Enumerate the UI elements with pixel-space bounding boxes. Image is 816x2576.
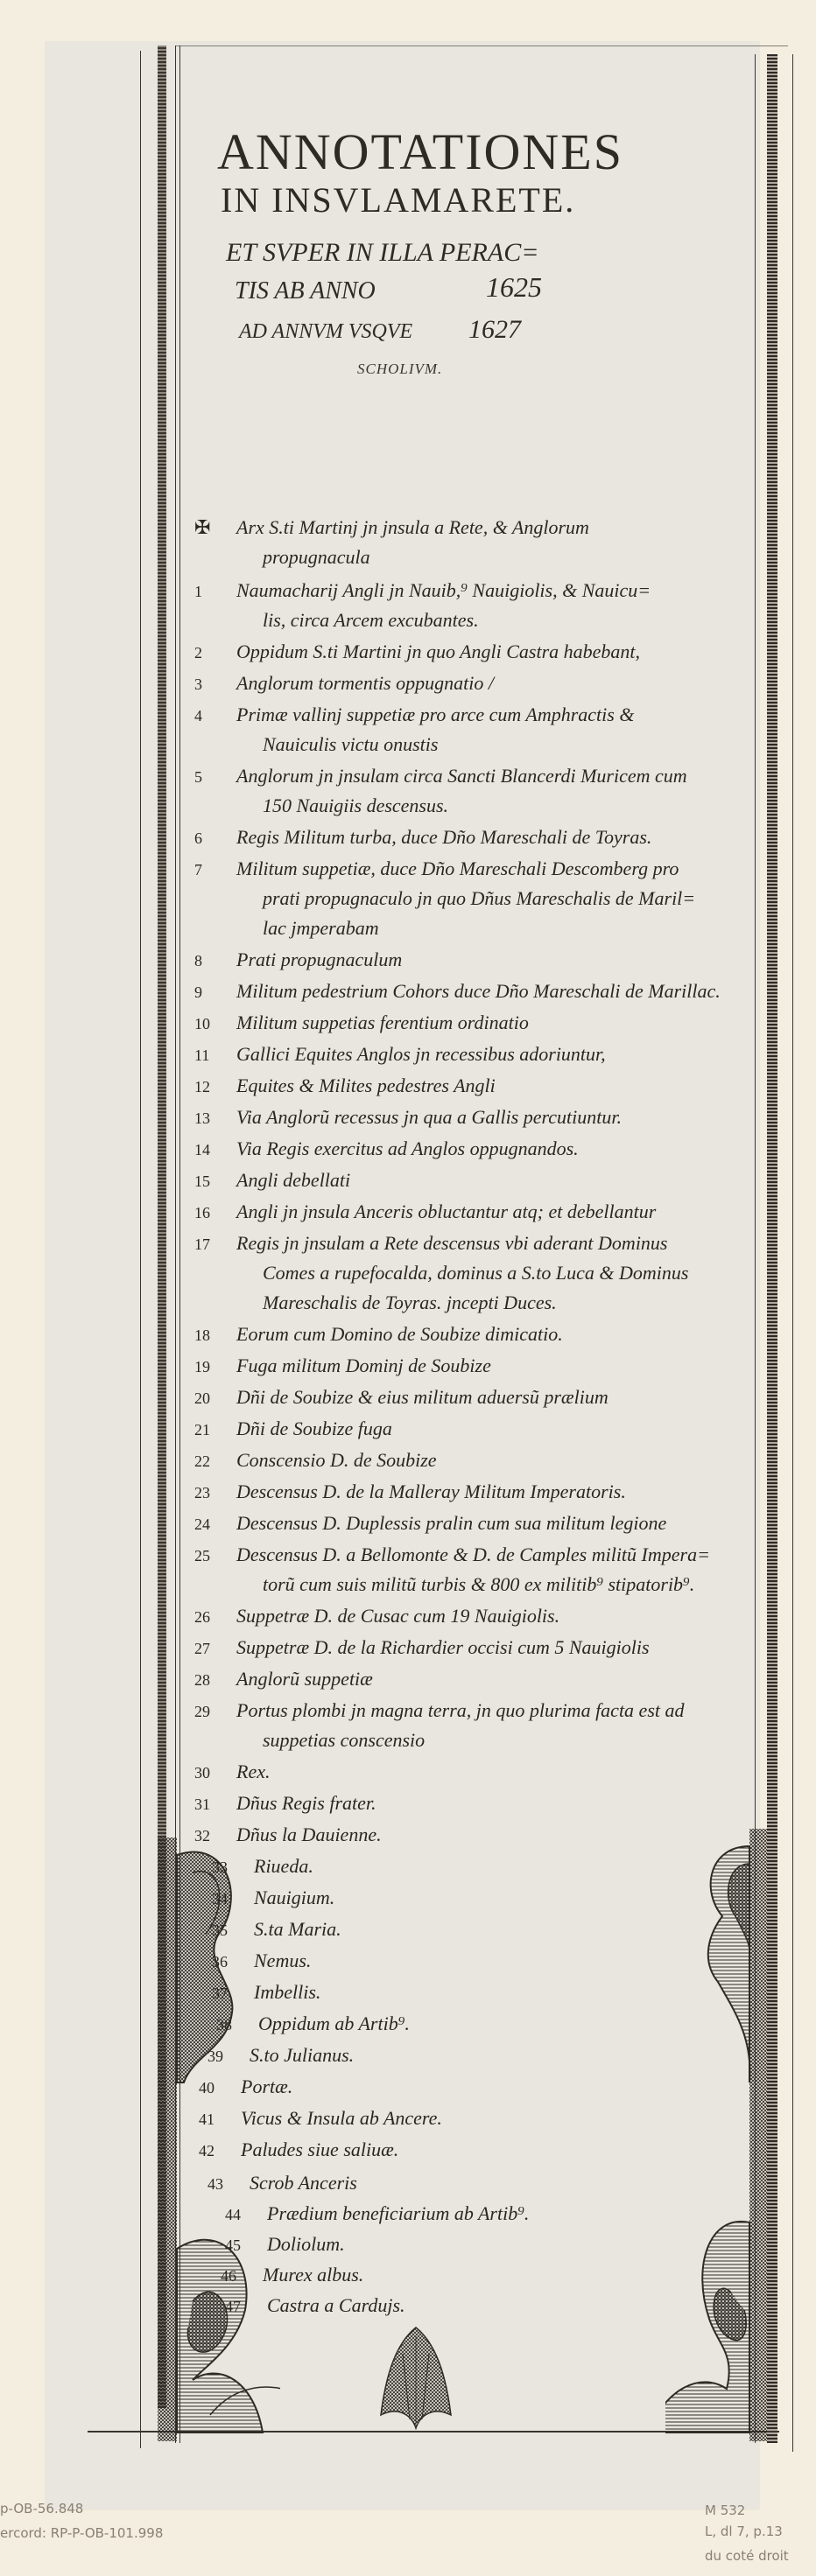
- entry-number: 13: [194, 1109, 210, 1128]
- cartouche-scroll-right-icon: [665, 1829, 779, 2441]
- entry-number: 7: [194, 861, 202, 879]
- pencil-note-right-2: L, dl 7, p.13: [705, 2523, 783, 2539]
- entry-number: 10: [194, 1015, 210, 1033]
- entry-number: 2: [194, 644, 202, 662]
- year-start: 1625: [486, 271, 542, 304]
- entry-text-continuation: lac jmperabam: [263, 917, 379, 940]
- entry-text: Regis Militum turba, duce Dño Mareschali…: [236, 826, 651, 849]
- entry-text: Descensus D. a Bellomonte & D. de Cample…: [236, 1543, 710, 1566]
- title-line-5: AD ANNVM VSQVE: [239, 320, 412, 344]
- entry-number: 3: [194, 675, 202, 694]
- entry-text: Rex.: [236, 1760, 270, 1783]
- entry-text: Primæ vallinj suppetiæ pro arce cum Amph…: [236, 703, 634, 726]
- frame-line-top: [175, 45, 788, 46]
- pencil-note-right-3: du coté droit: [705, 2548, 789, 2564]
- entry-text-continuation: 150 Nauigiis descensus.: [263, 794, 448, 817]
- entry-text: Arx S.ti Martinj jn jnsula a Rete, & Ang…: [236, 516, 589, 539]
- entry-number: 29: [194, 1703, 210, 1721]
- entry-text-continuation: Nauiculis victu onustis: [263, 733, 438, 756]
- entry-number: 12: [194, 1078, 210, 1096]
- entry-text: Suppetræ D. de la Richardier occisi cum …: [236, 1636, 650, 1659]
- entry-number: 21: [194, 1421, 210, 1439]
- entry-number: 20: [194, 1389, 210, 1408]
- entry-number: 26: [194, 1608, 210, 1627]
- entry-number: 25: [194, 1547, 210, 1565]
- entry-text: Prædium beneficiarium ab Artib⁹.: [267, 2202, 529, 2225]
- entry-number: 16: [194, 1204, 210, 1222]
- entry-text: Anglorum tormentis oppugnatio /: [236, 672, 494, 695]
- entry-number: 23: [194, 1484, 210, 1502]
- entry-text: Suppetræ D. de Cusac cum 19 Nauigiolis.: [236, 1605, 559, 1627]
- entry-number: 30: [194, 1764, 210, 1782]
- entry-text-continuation: prati propugnaculo jn quo Dñus Mareschal…: [263, 887, 695, 910]
- entry-text-continuation: torũ cum suis militũ turbis & 800 ex mil…: [263, 1573, 694, 1596]
- entry-text: Anglorũ suppetiæ: [236, 1668, 373, 1690]
- plate-edge-right: [792, 54, 793, 2452]
- entry-text: Portus plombi jn magna terra, jn quo plu…: [236, 1699, 685, 1722]
- entry-text: Descensus D. de la Malleray Militum Impe…: [236, 1480, 626, 1503]
- entry-number: 14: [194, 1141, 210, 1159]
- entry-number: 28: [194, 1671, 210, 1690]
- entry-text: Militum suppetiæ, duce Dño Mareschali De…: [236, 857, 679, 880]
- entry-text: Regis jn jnsulam a Rete descensus vbi ad…: [236, 1232, 668, 1255]
- entry-number: 9: [194, 983, 202, 1002]
- entry-number: 4: [194, 707, 202, 725]
- entry-text: Naumacharij Angli jn Nauib,⁹ Nauigiolis,…: [236, 579, 651, 602]
- year-end: 1627: [468, 315, 521, 345]
- pencil-note-left-1: p-OB-56.848: [0, 2501, 83, 2516]
- shell-ornament-icon: [376, 2319, 455, 2432]
- subtitle-scholium: SCHOLIVM.: [357, 360, 442, 378]
- entry-number: 18: [194, 1326, 210, 1345]
- title-line-4: TIS AB ANNO: [235, 277, 376, 305]
- entry-text: Militum pedestrium Cohors duce Dño Mares…: [236, 980, 721, 1003]
- entry-text-continuation: propugnacula: [263, 546, 370, 569]
- entry-number: 15: [194, 1172, 210, 1191]
- entry-text: Fuga militum Dominj de Soubize: [236, 1354, 491, 1377]
- entry-text: Militum suppetias ferentium ordinatio: [236, 1011, 529, 1034]
- entry-number: 5: [194, 768, 202, 787]
- entry-text: Dñus Regis frater.: [236, 1792, 376, 1815]
- entry-text: Descensus D. Duplessis pralin cum sua mi…: [236, 1512, 666, 1535]
- entry-text: Dñi de Soubize fuga: [236, 1417, 392, 1440]
- entry-text: Angli debellati: [236, 1169, 350, 1192]
- entry-text-continuation: suppetias conscensio: [263, 1729, 425, 1752]
- entry-number: 8: [194, 952, 202, 970]
- entry-text: Prati propugnaculum: [236, 948, 402, 971]
- entry-text: Equites & Milites pedestres Angli: [236, 1074, 496, 1097]
- entry-number: 11: [194, 1046, 209, 1065]
- entry-number: 1: [194, 583, 202, 601]
- entry-text-continuation: Mareschalis de Toyras. jncepti Duces.: [263, 1291, 557, 1314]
- title-line-1: ANNOTATIONES: [217, 122, 623, 181]
- entry-number: 27: [194, 1640, 210, 1658]
- entry-text-continuation: lis, circa Arcem excubantes.: [263, 609, 479, 632]
- entry-text: Gallici Equites Anglos jn recessibus ado…: [236, 1043, 606, 1066]
- entry-text: Castra a Cardujs.: [267, 2294, 405, 2317]
- title-line-2: IN INSVLAMARETE.: [221, 179, 575, 220]
- entry-number: 19: [194, 1358, 210, 1376]
- cartouche-scroll-left-icon: [140, 1837, 280, 2441]
- entry-number: 22: [194, 1452, 210, 1471]
- entry-text: Angli jn jnsula Anceris obluctantur atq;…: [236, 1200, 656, 1223]
- entry-text: Anglorum jn jnsulam circa Sancti Blancer…: [236, 765, 687, 787]
- entry-text: Dñi de Soubize & eius militum aduersũ pr…: [236, 1386, 608, 1409]
- entry-text: Eorum cum Domino de Soubize dimicatio.: [236, 1323, 563, 1346]
- entry-number: 31: [194, 1795, 210, 1814]
- entry-text: Conscensio D. de Soubize: [236, 1449, 437, 1472]
- entry-text: Via Regis exercitus ad Anglos oppugnando…: [236, 1137, 579, 1160]
- entry-text: Oppidum S.ti Martini jn quo Angli Castra…: [236, 640, 640, 663]
- entry-number: 24: [194, 1515, 210, 1534]
- title-line-3: ET SVPER IN ILLA PERAC=: [226, 238, 538, 268]
- entry-number: 17: [194, 1235, 210, 1254]
- entry-text: Oppidum ab Artib⁹.: [258, 2012, 410, 2035]
- cross-icon: ✠: [194, 516, 210, 539]
- pencil-note-right-1: M 532: [705, 2502, 745, 2518]
- entry-text-continuation: Comes a rupefocalda, dominus a S.to Luca…: [263, 1262, 688, 1284]
- pencil-note-left-2: ercord: RP-P-OB-101.998: [0, 2525, 163, 2541]
- entry-number: 6: [194, 829, 202, 848]
- entry-text: Via Anglorũ recessus jn qua a Gallis per…: [236, 1106, 622, 1129]
